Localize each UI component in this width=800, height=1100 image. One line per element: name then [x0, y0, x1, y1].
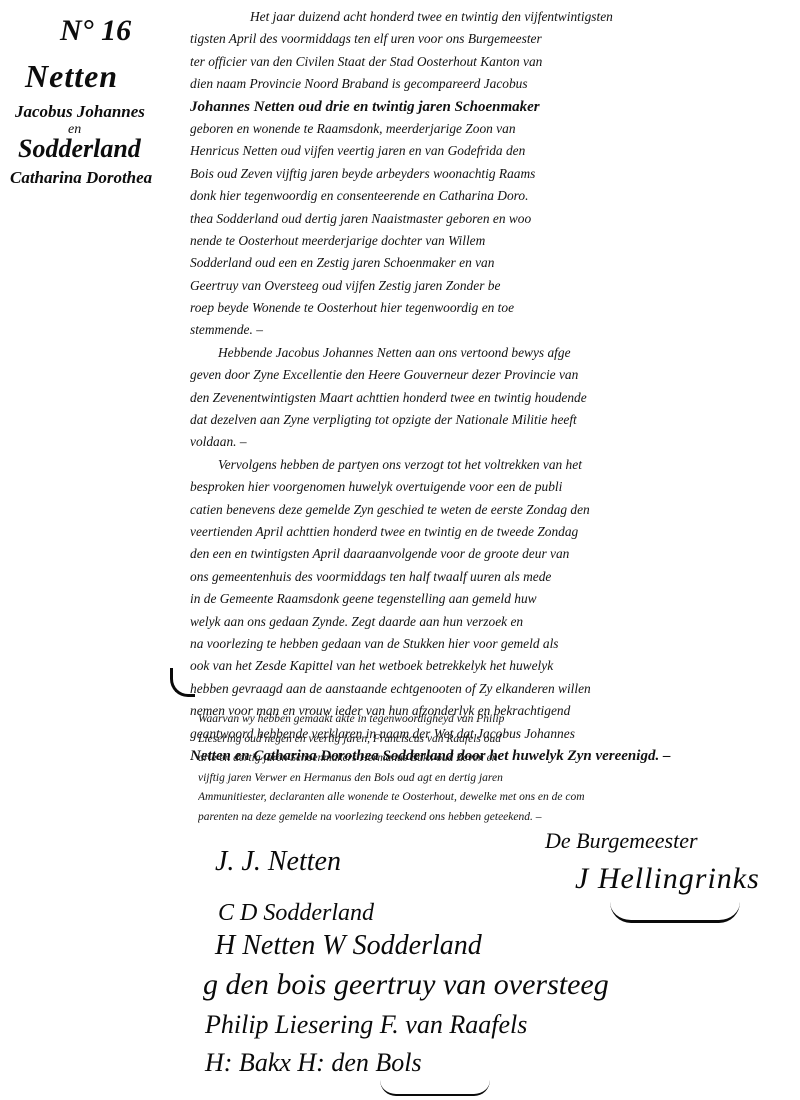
body-line: Geertruy van Oversteeg oud vijfen Zestig… [190, 275, 790, 297]
parents-signatures: H Netten W Sodderland [215, 930, 482, 962]
signature-flourish [610, 902, 740, 923]
body-line: in de Gemeente Raamsdonk geene tegenstel… [190, 588, 790, 610]
closing-line: Waarvan wy hebben gemaakt akte in tegenw… [198, 710, 798, 730]
body-line: Bois oud Zeven vijftig jaren beyde arbey… [190, 163, 790, 185]
bride-signature: C D Sodderland [218, 900, 374, 927]
body-line: Henricus Netten oud vijfen veertig jaren… [190, 140, 790, 162]
groom-surname: Netten [25, 58, 118, 95]
signature-flourish [380, 1080, 490, 1096]
body-line: dien naam Provincie Noord Braband is gec… [190, 73, 790, 95]
closing-paragraph: Waarvan wy hebben gemaakt akte in tegenw… [198, 710, 798, 827]
document-page: N° 16 Netten Jacobus Johannes en Sodderl… [0, 0, 800, 1100]
record-body: Het jaar duizend acht honderd twee en tw… [190, 6, 790, 767]
body-line: den Zevenentwintigsten Maart achttien ho… [190, 387, 790, 409]
body-line: dat dezelven aan Zyne verpligting tot op… [190, 409, 790, 431]
pen-flourish [170, 668, 195, 697]
closing-line: vijftig jaren Verwer en Hermanus den Bol… [198, 769, 798, 789]
body-line: besproken hier voorgenomen huwelyk overt… [190, 476, 790, 498]
body-line: Sodderland oud een en Zestig jaren Schoe… [190, 252, 790, 274]
body-line: donk hier tegenwoordig en consenteerende… [190, 185, 790, 207]
body-line: na voorlezing te hebben gedaan van de St… [190, 633, 790, 655]
body-line: ter officier van den Civilen Staat der S… [190, 51, 790, 73]
body-line: hebben gevraagd aan de aanstaande echtge… [190, 678, 790, 700]
witness-signatures-1: Philip Liesering F. van Raafels [205, 1010, 527, 1040]
closing-line: Liesering oud negen en veertig jaren, Fr… [198, 730, 798, 750]
body-line: geboren en wonende te Raamsdonk, meerder… [190, 118, 790, 140]
body-line: tigsten April des voormiddags ten elf ur… [190, 28, 790, 50]
body-line: veertienden April achttien honderd twee … [190, 521, 790, 543]
body-line: Het jaar duizend acht honderd twee en tw… [190, 6, 790, 28]
closing-line: parenten na deze gemelde na voorlezing t… [198, 808, 798, 828]
body-line: roep beyde Wonende te Oosterhout hier te… [190, 297, 790, 319]
body-line: thea Sodderland oud dertig jaren Naaistm… [190, 208, 790, 230]
groom-signature: J. J. Netten [215, 846, 341, 878]
body-line: ook van het Zesde Kapittel van het wetbo… [190, 655, 790, 677]
mayor-signature: J Hellingrinks [575, 862, 760, 896]
body-line: nende te Oosterhout meerderjarige dochte… [190, 230, 790, 252]
bride-surname: Sodderland [18, 134, 141, 164]
body-line: geven door Zyne Excellentie den Heere Go… [190, 364, 790, 386]
body-line: Vervolgens hebben de partyen ons verzogt… [190, 454, 790, 476]
body-line: Johannes Netten oud drie en twintig jare… [190, 96, 790, 118]
body-line: stemmende. – [190, 319, 790, 341]
mothers-signatures: g den bois geertruy van oversteeg [203, 968, 609, 1002]
body-line: den een en twintigsten April daaraanvolg… [190, 543, 790, 565]
witness-signatures-2: H: Bakx H: den Bols [205, 1048, 422, 1078]
mayor-title: De Burgemeester [545, 828, 698, 854]
body-line: welyk aan ons gedaan Zynde. Zegt daarde … [190, 611, 790, 633]
body-line: Hebbende Jacobus Johannes Netten aan ons… [190, 342, 790, 364]
bride-given-names: Catharina Dorothea [10, 168, 152, 188]
record-number: N° 16 [60, 14, 131, 48]
body-line: voldaan. – [190, 431, 790, 453]
closing-line: drie en dertig jaren Schoenmakers Herman… [198, 749, 798, 769]
body-line: catien benevens deze gemelde Zyn geschie… [190, 499, 790, 521]
body-line: ons gemeentenhuis des voormiddags ten ha… [190, 566, 790, 588]
groom-given-names: Jacobus Johannes [15, 102, 145, 122]
closing-line: Ammunitiester, declaranten alle wonende … [198, 788, 798, 808]
